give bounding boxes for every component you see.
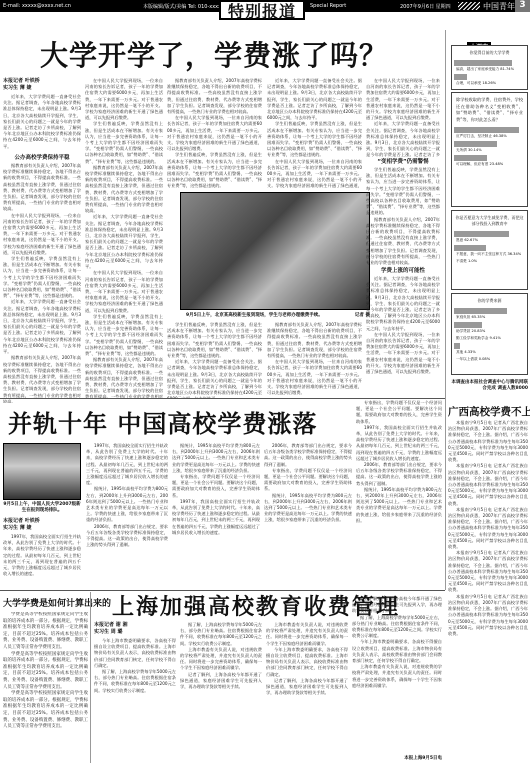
article2-body-8: 2006年，教育部等部门出台规定，要求今后五年各级各类学校学费标准保持稳定，不得… xyxy=(264,443,352,468)
article2-body-6: 专家指出，学费问题不仅仅是一个经济问题，更是一个社会公平问题。要解决这个问题，需… xyxy=(172,474,260,499)
article2-byline: 本报记者 叶铁桥 实习生 薄 婕 xyxy=(3,518,81,532)
article2-body-13: 2006年，教育部等部门出台规定，要求今后五年各级各类学校学费标准保持稳定，不得… xyxy=(356,462,442,487)
article1-subhead-2: “变相学费”仍需警惕 xyxy=(366,158,440,167)
article2-body-11: 专家指出，学费问题不仅仅是一个经济问题，更是一个社会公平问题。要解决这个问题，需… xyxy=(356,400,442,425)
article4-body-2: 据了解，上海高校学费每学年5000元左右，部分热门专业略高。住宿费根据住宿条件不… xyxy=(94,669,176,694)
article3-body: 本报南宁9月5日电 记者从广西壮族自治区物价局获悉，2007年广西高校学费标准保… xyxy=(448,420,528,760)
article1-body-29: 在中国人民大学报到现场，一位来自河南的家长告诉记者，孩子一年的学费加住宿费大约需… xyxy=(366,332,440,375)
article4-body-4: 上海市教委有关负责人说，对违规收费的学校将严肃处理，并追究有关负责人的责任。同时… xyxy=(180,647,262,672)
chart1-bar-1-value: 81.74% xyxy=(500,67,514,71)
chart3-bar-3-label: 不清楚 xyxy=(456,259,467,263)
article1-body-27: 据教育部有关负责人介绍，2007年高校学费标准继续保持稳定，各地不得出台新的收费… xyxy=(366,217,440,267)
article4-column-1: 今年上海市教委明确要求，各高校不得擅自设立收费项目、提高收费标准。上海市物价局有… xyxy=(94,638,176,763)
article4-column-2: 据了解，上海高校学费每学年5000元左右，部分热门专业略高。住宿费根据住宿条件不… xyxy=(180,622,262,763)
article4-column-4: 记者了解到，上海各高校今年都开通了绿色通道，家庭经济困难学生可先报到入学，再办理… xyxy=(352,596,442,756)
sidebar-q-headline: 大学学费是如何计算出来的 xyxy=(3,596,111,609)
article1-column-4b: 据教育部有关负责人介绍，2007年高校学费标准继续保持稳定，各地不得出台新的收费… xyxy=(267,322,362,398)
chart4-bar-3-value: 9.41% xyxy=(490,336,501,340)
chart3-bar-1-label: 愿意 xyxy=(456,238,463,242)
chart4-bar-2 xyxy=(454,322,482,328)
chart3-bar-2-label: 不愿意，我一向不主张这种方式 xyxy=(456,252,506,256)
article1-column-3b: 学生们普遍反映，学费虽然没有上涨，但是生活成本在不断增加。有关专家认为，应当进一… xyxy=(167,322,262,398)
article1-subhead-3: 学费上涨的可能性 xyxy=(366,267,440,276)
article1-body-16: 学生们普遍反映，学费虽然没有上涨，但是生活成本在不断增加。有关专家认为，应当进一… xyxy=(167,152,262,189)
article4-column-3: 上海市教委有关负责人说，对违规收费的学校将严肃处理，并追究有关负责人的责任。同时… xyxy=(266,622,348,763)
chart4-bar-5-label: 一年以上借款 xyxy=(456,357,478,361)
chart3-bar-3-value: 1.0% xyxy=(468,259,477,263)
article2-photo xyxy=(3,443,81,500)
survey-chart-4: 你的学费来源 家庭负担 65.35% 助学贷款 20.83% 勤工俭学和奖助学金… xyxy=(451,293,528,375)
chart3-bar-1-value: 62.67% xyxy=(464,238,478,242)
sidebar-q-body-1: 学费是高等学校按照国家规定向学生收取的培养成本的一部分。根据规定，学费标准根据年… xyxy=(3,612,88,652)
article1-subhead-1: 公办高校学费保持平稳 xyxy=(3,154,81,163)
article4-end-note: 本报上海9月5日电 xyxy=(352,756,442,762)
chart3-bar-1 xyxy=(454,231,509,237)
article1-body-6: 据教育部有关负责人介绍，2007年高校学费标准继续保持稳定，各地不得出台新的收费… xyxy=(3,355,81,403)
article1-column-3: 据教育部有关负责人介绍，2007年高校学费标准继续保持稳定，各地不得出台新的收费… xyxy=(167,78,262,190)
article4-body-1: 今年上海市教委明确要求，各高校不得擅自设立收费项目、提高收费标准。上海市物价局有… xyxy=(94,638,176,669)
article4-body-7: 今年上海市教委明确要求，各高校不得擅自设立收费项目、提高收费标准。上海市物价局有… xyxy=(266,647,348,678)
masthead-email: E-mail: xxxxx@xxxx.net.cn xyxy=(3,3,71,9)
article4-body-9: 记者了解到，上海各高校今年都开通了绿色通道，家庭经济困难学生可先报到入学，再办理… xyxy=(352,596,442,615)
chart1-bar-2 xyxy=(454,74,467,80)
article3-headline: 广西高校学费不上涨 xyxy=(448,404,530,419)
article1-column-5: 在中国人民大学报到现场，一位来自河南的家长告诉记者，孩子一年的学费加住宿费大约需… xyxy=(366,78,440,398)
article2-column-1: 1997年，我国高校全面实行招生并轨改革，从此告别了免费上大学的时代。十年来，高… xyxy=(3,534,81,586)
article2-column-5: 专家指出，学费问题不仅仅是一个经济问题，更是一个社会公平问题。要解决这个问题，需… xyxy=(356,400,442,586)
article1-body-17: 近年来，大学学费问题一直备受社会关注。据记者调查，今年各地高校学费标准总体保持稳… xyxy=(267,78,362,121)
article1-body-7: 在中国人民大学报到现场，一位来自河南的家长告诉记者，孩子一年的学费加住宿费大约需… xyxy=(85,78,163,121)
chart2-bar-3 xyxy=(454,155,487,161)
article1-headline: 大学开学了，学费涨了吗？ xyxy=(40,34,388,74)
article4-body-6: 上海市教委有关负责人说，对违规收费的学校将严肃处理，并追究有关负责人的责任。同时… xyxy=(266,622,348,647)
article1-body-9: 据教育部有关负责人介绍，2007年高校学费标准继续保持稳定，各地不得出台新的收费… xyxy=(85,165,163,215)
article3-body-2: 本报南宁9月5日电 记者从广西壮族自治区物价局获悉，2007年广西高校学费标准保… xyxy=(448,463,528,506)
survey-source-note: 本调查由本报社会调查中心与腾讯网联合完成 调查人数8000 xyxy=(448,380,528,392)
article4-body-8: 记者了解到，上海各高校今年都开通了绿色通道，家庭经济困难学生可先报到入学，再办理… xyxy=(266,678,348,697)
sidebar-q-body-3: 学费是高等学校按照国家规定向学生收取的培养成本的一部分。根据规定，学费标准根据年… xyxy=(3,691,88,731)
article2-byline-1: 本报记者 叶铁桥 xyxy=(3,518,81,525)
survey-chart-1: 你觉得目前的大学学费 偏高，超出了家庭承受能力 81.74% 合理，可以承受 1… xyxy=(451,45,528,90)
article1-body-18: 学生们普遍反映，学费虽然没有上涨，但是生活成本在不断增加。有关专家认为，应当进一… xyxy=(267,121,362,158)
article1-byline-1: 本报记者 叶铁桥 xyxy=(3,78,81,85)
article1-photo xyxy=(180,192,370,310)
hatch-decoration-icon xyxy=(458,2,480,10)
chart4-bar-1 xyxy=(454,308,507,314)
chart2-bar-2-value: 30.14% xyxy=(468,148,482,152)
page-number: 3 xyxy=(515,0,530,12)
chart4-title: 你的学费来源 xyxy=(454,298,525,304)
article3-body-5: 本报南宁9月5日电 记者从广西壮族自治区物价局获悉，2007年广西高校学费标准保… xyxy=(448,594,528,637)
article1-body-26: 学生们普遍反映，学费虽然没有上涨，但是生活成本在不断增加。有关专家认为，应当进一… xyxy=(366,167,440,217)
sidebar-q-divider xyxy=(90,592,91,763)
article1-byline-2: 实习生 薄 婕 xyxy=(3,85,81,92)
chart2-bar-2 xyxy=(454,141,497,147)
chart1-bar-2-value: 18.26% xyxy=(482,81,496,85)
article1-body-21: 近年来，大学学费问题一直备受社会关注。据记者调查，今年各地高校学费标准总体保持稳… xyxy=(167,359,262,398)
article3-body-3: 本报南宁9月5日电 记者从广西壮族自治区物价局获悉，2007年广西高校学费标准保… xyxy=(448,507,528,550)
article4-body-3: 据了解，上海高校学费每学年5000元左右，部分热门专业略高。住宿费根据住宿条件不… xyxy=(180,622,262,647)
article4-byline: 本报记者 谢 湘 实习生 周 璐 xyxy=(94,622,174,636)
section-divider xyxy=(0,398,445,399)
sidebar-q-body-2: 学费是高等学校按照国家规定向学生收取的培养成本的一部分。根据规定，学费标准根据年… xyxy=(3,652,88,692)
chart4-bar-2-value: 20.83% xyxy=(472,329,486,333)
chart4-bar-4 xyxy=(454,343,460,349)
article1-body-11: 在中国人民大学报到现场，一位来自河南的家长告诉记者，孩子一年的学费加住宿费大约需… xyxy=(85,270,163,313)
article2-body-12: 1997年，我国高校全面实行招生并轨改革，从此告别了免费上大学的时代。十年来，高… xyxy=(356,425,442,462)
article3-body-4: 本报南宁9月5日电 记者从广西壮族自治区物价局获悉，2007年广西高校学费标准保… xyxy=(448,550,528,593)
chart4-bar-2-label: 助学贷款 xyxy=(456,329,470,333)
chart4-bar-4-label: 其他 xyxy=(456,350,463,354)
article1-body-24: 在中国人民大学报到现场，一位来自河南的家长告诉记者，孩子一年的学费加住宿费大约需… xyxy=(366,78,440,121)
article3-body-1: 本报南宁9月5日电 记者从广西壮族自治区物价局获悉，2007年广西高校学费标准保… xyxy=(448,420,528,463)
sidebar-q-body: 学费是高等学校按照国家规定向学生收取的培养成本的一部分。根据规定，学费标准根据年… xyxy=(3,612,88,762)
survey-chart-3: 你是否愿意为大学生减免学费，而把这部分钱投入到教育中 愿意 62.67% 不愿意… xyxy=(451,210,528,290)
article4-body-12: 上海市教委有关负责人说，对违规收费的学校将严肃处理，并追究有关负责人的责任。同时… xyxy=(352,664,442,689)
article2-body-14: 据统计，1995年高校平均学费为800元左右，到2000年上升到3000元左右，… xyxy=(356,487,442,524)
article2-body-3: 据统计，1995年高校平均学费为800元左右，到2000年上升到3000元左右，… xyxy=(86,486,168,523)
article1-body-25: 近年来，大学学费问题一直备受社会关注。据记者调查，今年各地高校学费标准总体保持稳… xyxy=(366,121,440,158)
article4-body-11: 今年上海市教委明确要求，各高校不得擅自设立收费项目、提高收费标准。上海市物价局有… xyxy=(352,639,442,664)
article1-body-5: 近年来，大学学费问题一直备受社会关注。据记者调查，今年各地高校学费标准总体保持稳… xyxy=(3,299,81,355)
chart1-bar-2-label: 合理，可以承受 xyxy=(456,81,481,85)
article2-body-2: 1997年，我国高校全面实行招生并轨改革，从此告别了免费上大学的时代。十年来，高… xyxy=(86,443,168,486)
article4-body-10: 据了解，上海高校学费每学年5000元左右，部分热门专业略高。住宿费根据住宿条件不… xyxy=(352,615,442,640)
chart2-bar-3-label: 可以理解，但应有度 xyxy=(456,162,488,166)
chart2-bar-3-value: 23.48% xyxy=(490,162,504,166)
article1-body-22: 据教育部有关负责人介绍，2007年高校学费标准继续保持稳定，各地不得出台新的收费… xyxy=(267,322,362,359)
survey-chart-2: 除学校收取的学费、住宿费外，学校还在借助各种名义“变相收费”，如“赞助费”、“借… xyxy=(451,92,528,207)
chart4-bar-1-value: 65.35% xyxy=(472,315,486,319)
chart4-bar-4-value: 4.33% xyxy=(464,350,475,354)
article2-body-4: 2006年，教育部等部门出台规定，要求今后五年各级各类学校学费标准保持稳定，不得… xyxy=(86,524,168,549)
article1-body-12: 学生们普遍反映，学费虽然没有上涨，但是生活成本在不断增加。有关专家认为，应当进一… xyxy=(85,314,163,357)
section-title: 特别报道 xyxy=(219,0,305,20)
chart1-bar-1-label: 偏高，超出了家庭承受能力 xyxy=(456,67,499,71)
chart3-bar-2 xyxy=(454,245,486,251)
article4-body-5: 记者了解到，上海各高校今年都开通了绿色通道，家庭经济困难学生可先报到入学，再办理… xyxy=(180,672,262,691)
article1-body-15: 在中国人民大学报到现场，一位来自河南的家长告诉记者，孩子一年的学费加住宿费大约需… xyxy=(167,115,262,152)
article2-body-5: 据统计，1995年高校平均学费为800元左右，到2000年上升到3000元左右，… xyxy=(172,443,260,474)
article2-column-3: 据统计，1995年高校平均学费为800元左右，到2000年上升到3000元左右，… xyxy=(172,443,260,586)
survey-question: 除学校收取的学费、住宿费外，学校还在借助各种名义“变相收费”，如“赞助费”、“借… xyxy=(454,95,525,125)
article1-body-28: 近年来，大学学费问题一直备受社会关注。据记者调查，今年各地高校学费标准总体保持稳… xyxy=(366,276,440,332)
article2-headline: 并轨十年 中国高校学费涨落 xyxy=(8,404,317,439)
masthead-section-en: Special Report xyxy=(310,3,346,9)
article1-column-4: 近年来，大学学费问题一直备受社会关注。据记者调查，今年各地高校学费标准总体保持稳… xyxy=(267,78,362,190)
article1-column-1: 本报记者 叶铁桥 实习生 薄 婕 近年来，大学学费问题一直备受社会关注。据记者调… xyxy=(3,78,81,398)
article1-body-13: 据教育部有关负责人介绍，2007年高校学费标准继续保持稳定，各地不得出台新的收费… xyxy=(85,357,163,398)
article1-body-3: 在中国人民大学报到现场，一位来自河南的家长告诉记者，孩子一年的学费加住宿费大约需… xyxy=(3,213,81,256)
chart4-bar-3-label: 勤工俭学和奖助学金 xyxy=(456,336,488,340)
chart3-bar-2-value: 36.34% xyxy=(507,252,521,256)
article1-column-2: 在中国人民大学报到现场，一位来自河南的家长告诉记者，孩子一年的学费加住宿费大约需… xyxy=(85,78,163,398)
article4-byline-1: 本报记者 谢 湘 xyxy=(94,622,174,629)
article2-column-2: 1997年，我国高校全面实行招生并轨改革，从此告别了免费上大学的时代。十年来，高… xyxy=(86,443,168,586)
column-divider xyxy=(445,30,446,590)
article2-body-9: 专家指出，学费问题不仅仅是一个经济问题，更是一个社会公平问题。要解决这个问题，需… xyxy=(264,468,352,493)
article2-photo-caption: 9月5日上午，中国人民大学2007级新生在报到现场排队。 xyxy=(3,502,81,514)
article2-byline-2: 实习生 薄 婕 xyxy=(3,525,81,532)
chart4-bar-1-label: 家庭负担 xyxy=(456,315,470,319)
chart1-bar-1 xyxy=(454,60,512,66)
masthead-date: 2007年9月6日 星期四 xyxy=(400,3,451,10)
chart1-title: 你觉得目前的大学学费 xyxy=(454,50,525,56)
chart2-bar-1-value: 46.38% xyxy=(493,134,507,138)
article1-body-14: 据教育部有关负责人介绍，2007年高校学费标准继续保持稳定，各地不得出台新的收费… xyxy=(167,78,262,115)
article2-body-7: 1997年，我国高校全面实行招生并轨改革，从此告别了免费上大学的时代。十年来，高… xyxy=(172,499,260,536)
chart4-bar-5-value: 0.08% xyxy=(479,357,490,361)
article1-body-8: 学生们普遍反映，学费虽然没有上涨，但是生活成本在不断增加。有关专家认为，应当进一… xyxy=(85,121,163,164)
article4-byline-2: 实习生 周 璐 xyxy=(94,629,174,636)
article1-body-2: 据教育部有关负责人介绍，2007年高校学费标准继续保持稳定，各地不得出台新的收费… xyxy=(3,163,81,213)
article1-photo-caption: 9月5日上午，北京某高校新生报到现场，学生与老师办理缴费手续。 xyxy=(186,313,336,319)
chart3-title: 你是否愿意为大学生减免学费，而把这部分钱投入到教育中 xyxy=(454,215,525,227)
chart2-bar-1 xyxy=(454,127,519,133)
article1-body-23: 在中国人民大学报到现场，一位来自河南的家长告诉记者，孩子一年的学费加住宿费大约需… xyxy=(267,359,362,396)
chart2-bar-2-label: 无所谓 xyxy=(456,148,467,152)
article1-body-19: 在中国人民大学报到现场，一位来自河南的家长告诉记者，孩子一年的学费加住宿费大约需… xyxy=(267,159,362,190)
article2-column-4: 2006年，教育部等部门出台规定，要求今后五年各级各类学校学费标准保持稳定，不得… xyxy=(264,443,352,586)
article1-body-20: 学生们普遍反映，学费虽然没有上涨，但是生活成本在不断增加。有关专家认为，应当进一… xyxy=(167,322,262,359)
article1-body-1: 近年来，大学学费问题一直备受社会关注。据记者调查，今年各地高校学费标准总体保持稳… xyxy=(3,94,81,150)
article1-body-10: 近年来，大学学费问题一直备受社会关注。据记者调查，今年各地高校学费标准总体保持稳… xyxy=(85,214,163,270)
article2-body-10: 据统计，1995年高校平均学费为800元左右，到2000年上升到3000元左右，… xyxy=(264,493,352,524)
article1-body-4: 学生们普遍反映，学费虽然没有上涨，但是生活成本在不断增加。有关专家认为，应当进一… xyxy=(3,256,81,299)
chart2-bar-1-label: 应严厉打击，坚决制止 xyxy=(456,134,492,138)
article2-body-1: 1997年，我国高校全面实行招生并轨改革，从此告别了免费上大学的时代。十年来，高… xyxy=(3,534,81,577)
